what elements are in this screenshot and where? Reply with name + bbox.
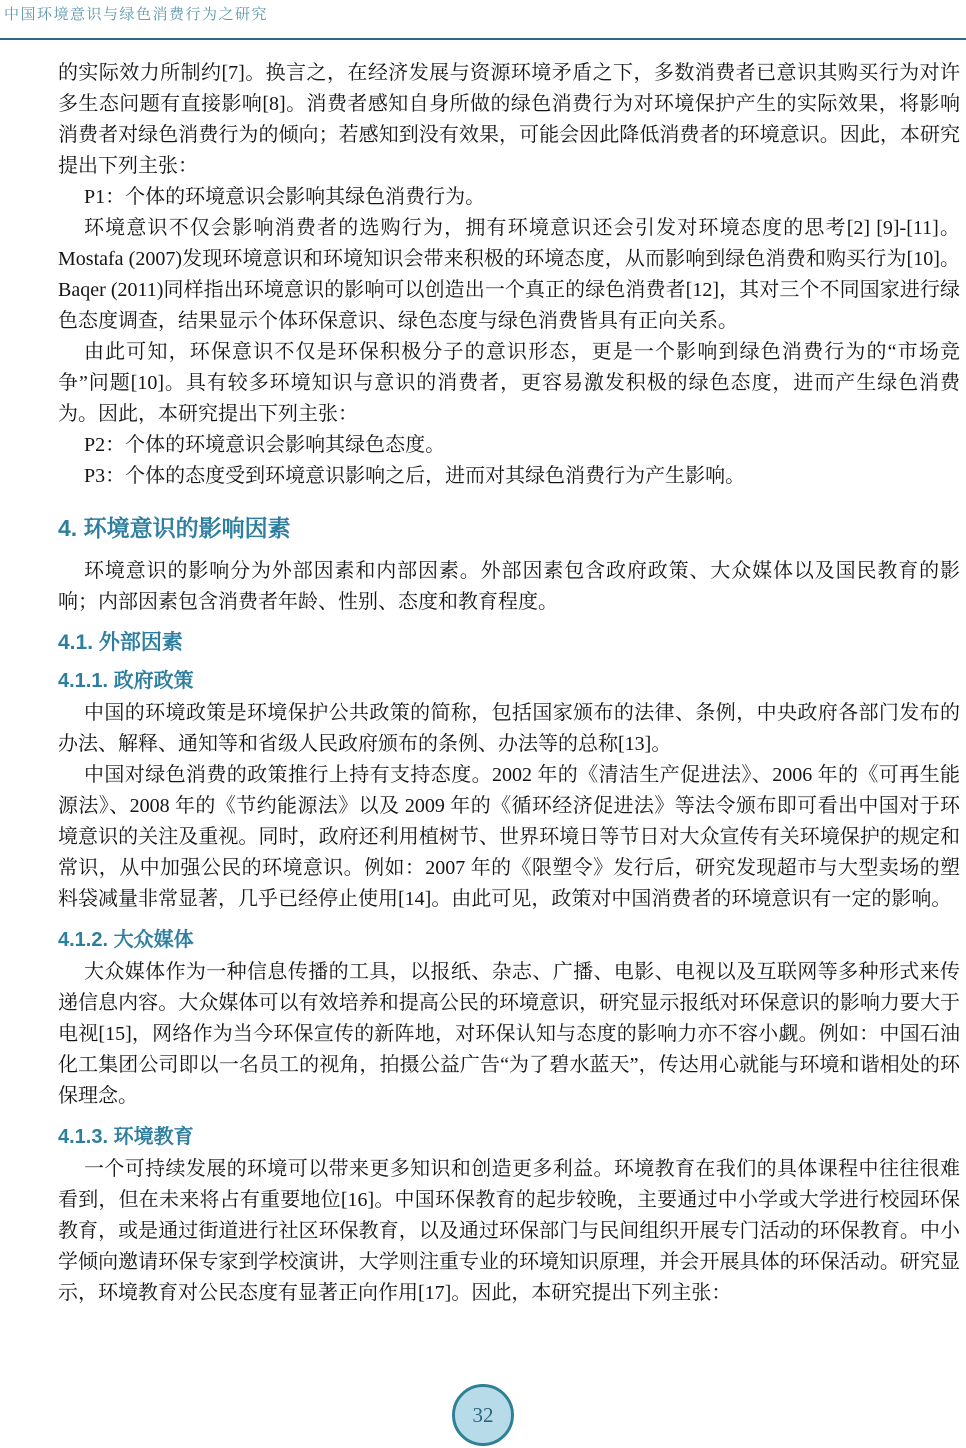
paragraph: 由此可知，环保意识不仅是环保积极分子的意识形态，更是一个影响到绿色消费行为的“市… (58, 337, 960, 430)
paragraph: 的实际效力所制约[7]。换言之，在经济发展与资源环境矛盾之下，多数消费者已意识其… (58, 58, 960, 182)
subsection-heading: 4.1. 外部因素 (58, 630, 960, 656)
subsubsection-heading: 4.1.2. 大众媒体 (58, 927, 960, 953)
paragraph: 环境意识的影响分为外部因素和内部因素。外部因素包含政府政策、大众媒体以及国民教育… (58, 556, 960, 618)
header-divider (0, 38, 966, 40)
subsubsection-heading: 4.1.1. 政府政策 (58, 668, 960, 694)
paragraph: 大众媒体作为一种信息传播的工具，以报纸、杂志、广播、电影、电视以及互联网等多种形… (58, 957, 960, 1112)
page-number-badge: 32 (452, 1384, 514, 1446)
running-head-title: 中国环境意识与绿色消费行为之研究 (4, 3, 268, 24)
paragraph: 中国的环境政策是环境保护公共政策的简称，包括国家颁布的法律、条例，中央政府各部门… (58, 698, 960, 760)
paragraph: 中国对绿色消费的政策推行上持有支持态度。2002 年的《清洁生产促进法》、200… (58, 760, 960, 915)
paragraph: 一个可持续发展的环境可以带来更多知识和创造更多利益。环境教育在我们的具体课程中往… (58, 1154, 960, 1309)
paragraph: 环境意识不仅会影响消费者的选购行为，拥有环境意识还会引发对环境态度的思考[2] … (58, 213, 960, 337)
proposition: P1：个体的环境意识会影响其绿色消费行为。 (58, 182, 960, 213)
proposition: P2：个体的环境意识会影响其绿色态度。 (58, 430, 960, 461)
subsubsection-heading: 4.1.3. 环境教育 (58, 1124, 960, 1150)
document-body: 的实际效力所制约[7]。换言之，在经济发展与资源环境矛盾之下，多数消费者已意识其… (58, 58, 960, 1309)
page-number: 32 (473, 1403, 494, 1428)
proposition: P3：个体的态度受到环境意识影响之后，进而对其绿色消费行为产生影响。 (58, 461, 960, 492)
section-heading: 4. 环境意识的影响因素 (58, 512, 960, 544)
